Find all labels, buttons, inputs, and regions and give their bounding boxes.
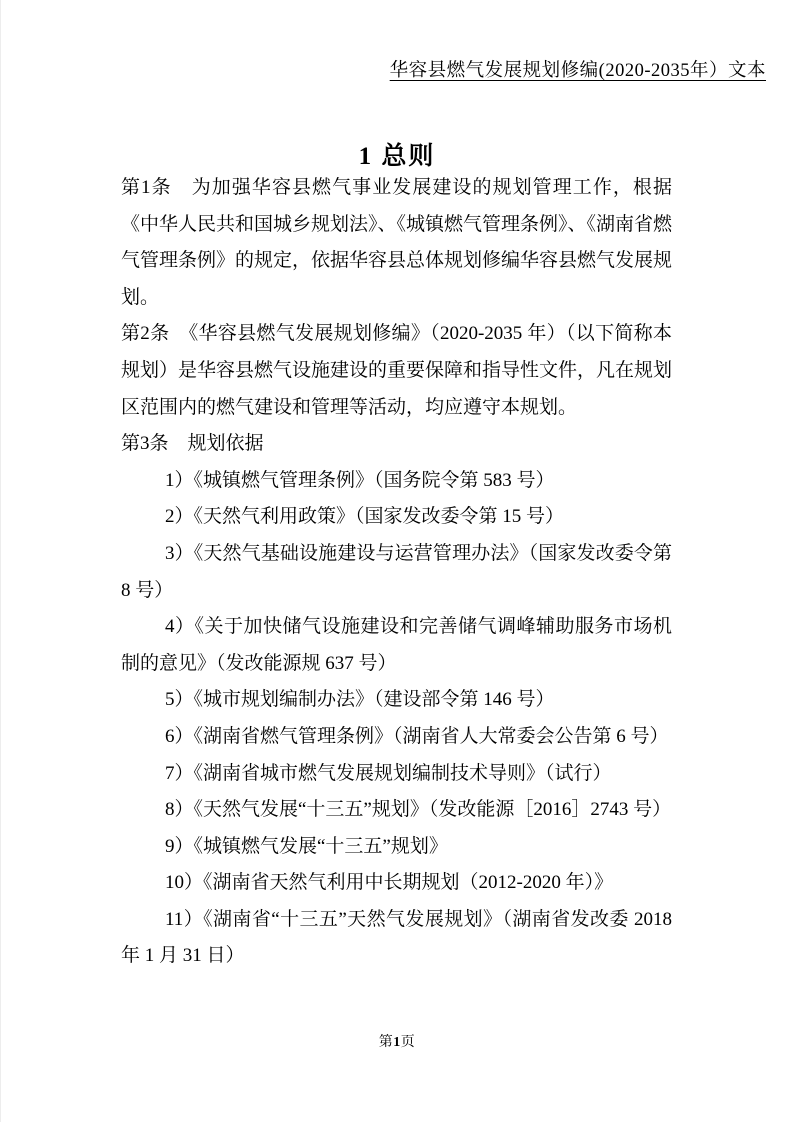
document-body: 第1条 为加强华容县燃气事业发展建设的规划管理工作，根据《中华人民共和国城乡规划… <box>121 170 672 975</box>
list-item-paragraph: 6）《湖南省燃气管理条例》（湖南省人大常委会公告第 6 号） <box>121 719 672 756</box>
footer-page-number: 1 <box>393 1035 401 1050</box>
list-item-paragraph: 2）《天然气利用政策》（国家发改委令第 15 号） <box>121 499 672 536</box>
list-item-paragraph: 1）《城镇燃气管理条例》（国务院令第 583 号） <box>121 463 672 500</box>
list-item-paragraph: 8）《天然气发展“十三五”规划》（发改能源［2016］2743 号） <box>121 792 672 829</box>
chapter-title: 1 总则 <box>1 136 793 172</box>
list-item-paragraph: 3）《天然气基础设施建设与运营管理办法》（国家发改委令第 8 号） <box>121 536 672 609</box>
page-header-title: 华容县燃气发展规划修编(2020-2035年）文本 <box>390 56 766 82</box>
list-item-paragraph: 5）《城市规划编制办法》（建设部令第 146 号） <box>121 682 672 719</box>
footer-page-suffix: 页 <box>401 1035 416 1050</box>
list-item-paragraph: 11）《湖南省“十三五”天然气发展规划》（湖南省发改委 2018 年 1 月 3… <box>121 902 672 975</box>
page-footer: 第1页 <box>1 1031 793 1051</box>
document-page: 华容县燃气发展规划修编(2020-2035年）文本 1 总则 第1条 为加强华容… <box>0 0 793 1122</box>
footer-page-prefix: 第 <box>379 1035 394 1050</box>
clause-paragraph: 第2条 《华容县燃气发展规划修编》（2020-2035 年）（以下简称本规划）是… <box>121 316 672 426</box>
list-item-paragraph: 10）《湖南省天然气利用中长期规划（2012-2020 年）》 <box>121 865 672 902</box>
list-item-paragraph: 4）《关于加快储气设施建设和完善储气调峰辅助服务市场机制的意见》（发改能源规 6… <box>121 609 672 682</box>
clause-paragraph: 第3条 规划依据 <box>121 426 672 463</box>
clause-paragraph: 第1条 为加强华容县燃气事业发展建设的规划管理工作，根据《中华人民共和国城乡规划… <box>121 170 672 316</box>
list-item-paragraph: 7）《湖南省城市燃气发展规划编制技术导则》（试行） <box>121 756 672 793</box>
list-item-paragraph: 9）《城镇燃气发展“十三五”规划》 <box>121 829 672 866</box>
